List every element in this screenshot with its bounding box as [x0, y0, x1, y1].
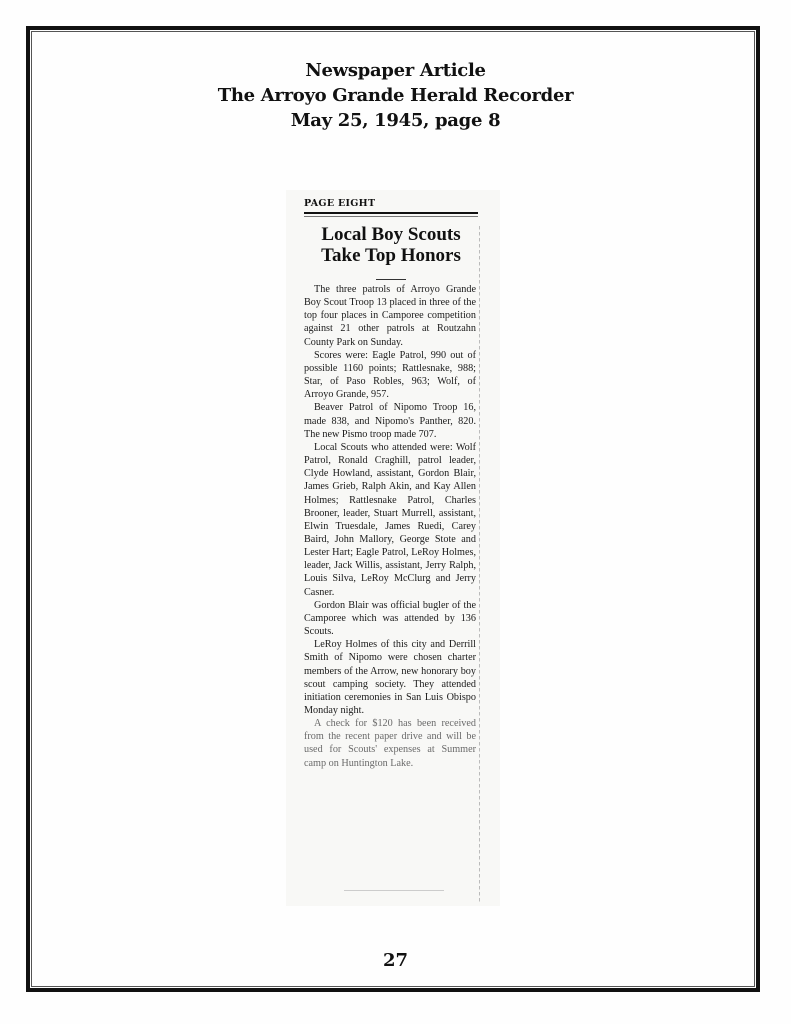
heading-publication: The Arroyo Grande Herald Recorder — [0, 83, 791, 108]
heading-date-page: May 25, 1945, page 8 — [0, 108, 791, 133]
article-paragraph: Local Scouts who attended were: Wolf Pat… — [304, 441, 476, 599]
headline-line-1: Local Boy Scouts — [304, 224, 478, 245]
article-paragraph: Scores were: Eagle Patrol, 990 out of po… — [304, 349, 476, 402]
article-paragraph: A check for $120 has been received from … — [304, 717, 476, 770]
header-rule — [304, 212, 478, 214]
article-body: The three patrols of Arroyo Grande Boy S… — [304, 283, 476, 770]
clipping-page-label: PAGE EIGHT — [304, 198, 375, 209]
column-rule — [479, 226, 480, 902]
headline-line-2: Take Top Honors — [304, 245, 478, 266]
headline-divider — [376, 279, 406, 280]
article-paragraph: Beaver Patrol of Nipomo Troop 16, made 8… — [304, 401, 476, 440]
article-headline: Local Boy Scouts Take Top Honors — [304, 224, 478, 266]
newspaper-clipping: PAGE EIGHT Local Boy Scouts Take Top Hon… — [286, 190, 500, 906]
header-rule-thin — [304, 216, 478, 217]
page-number: 27 — [0, 950, 791, 971]
document-heading: Newspaper Article The Arroyo Grande Hera… — [0, 58, 791, 133]
article-end-rule — [344, 890, 444, 891]
article-paragraph: LeRoy Holmes of this city and Derrill Sm… — [304, 638, 476, 717]
article-paragraph: Gordon Blair was official bugler of the … — [304, 599, 476, 638]
article-paragraph: The three patrols of Arroyo Grande Boy S… — [304, 283, 476, 349]
heading-title: Newspaper Article — [0, 58, 791, 83]
